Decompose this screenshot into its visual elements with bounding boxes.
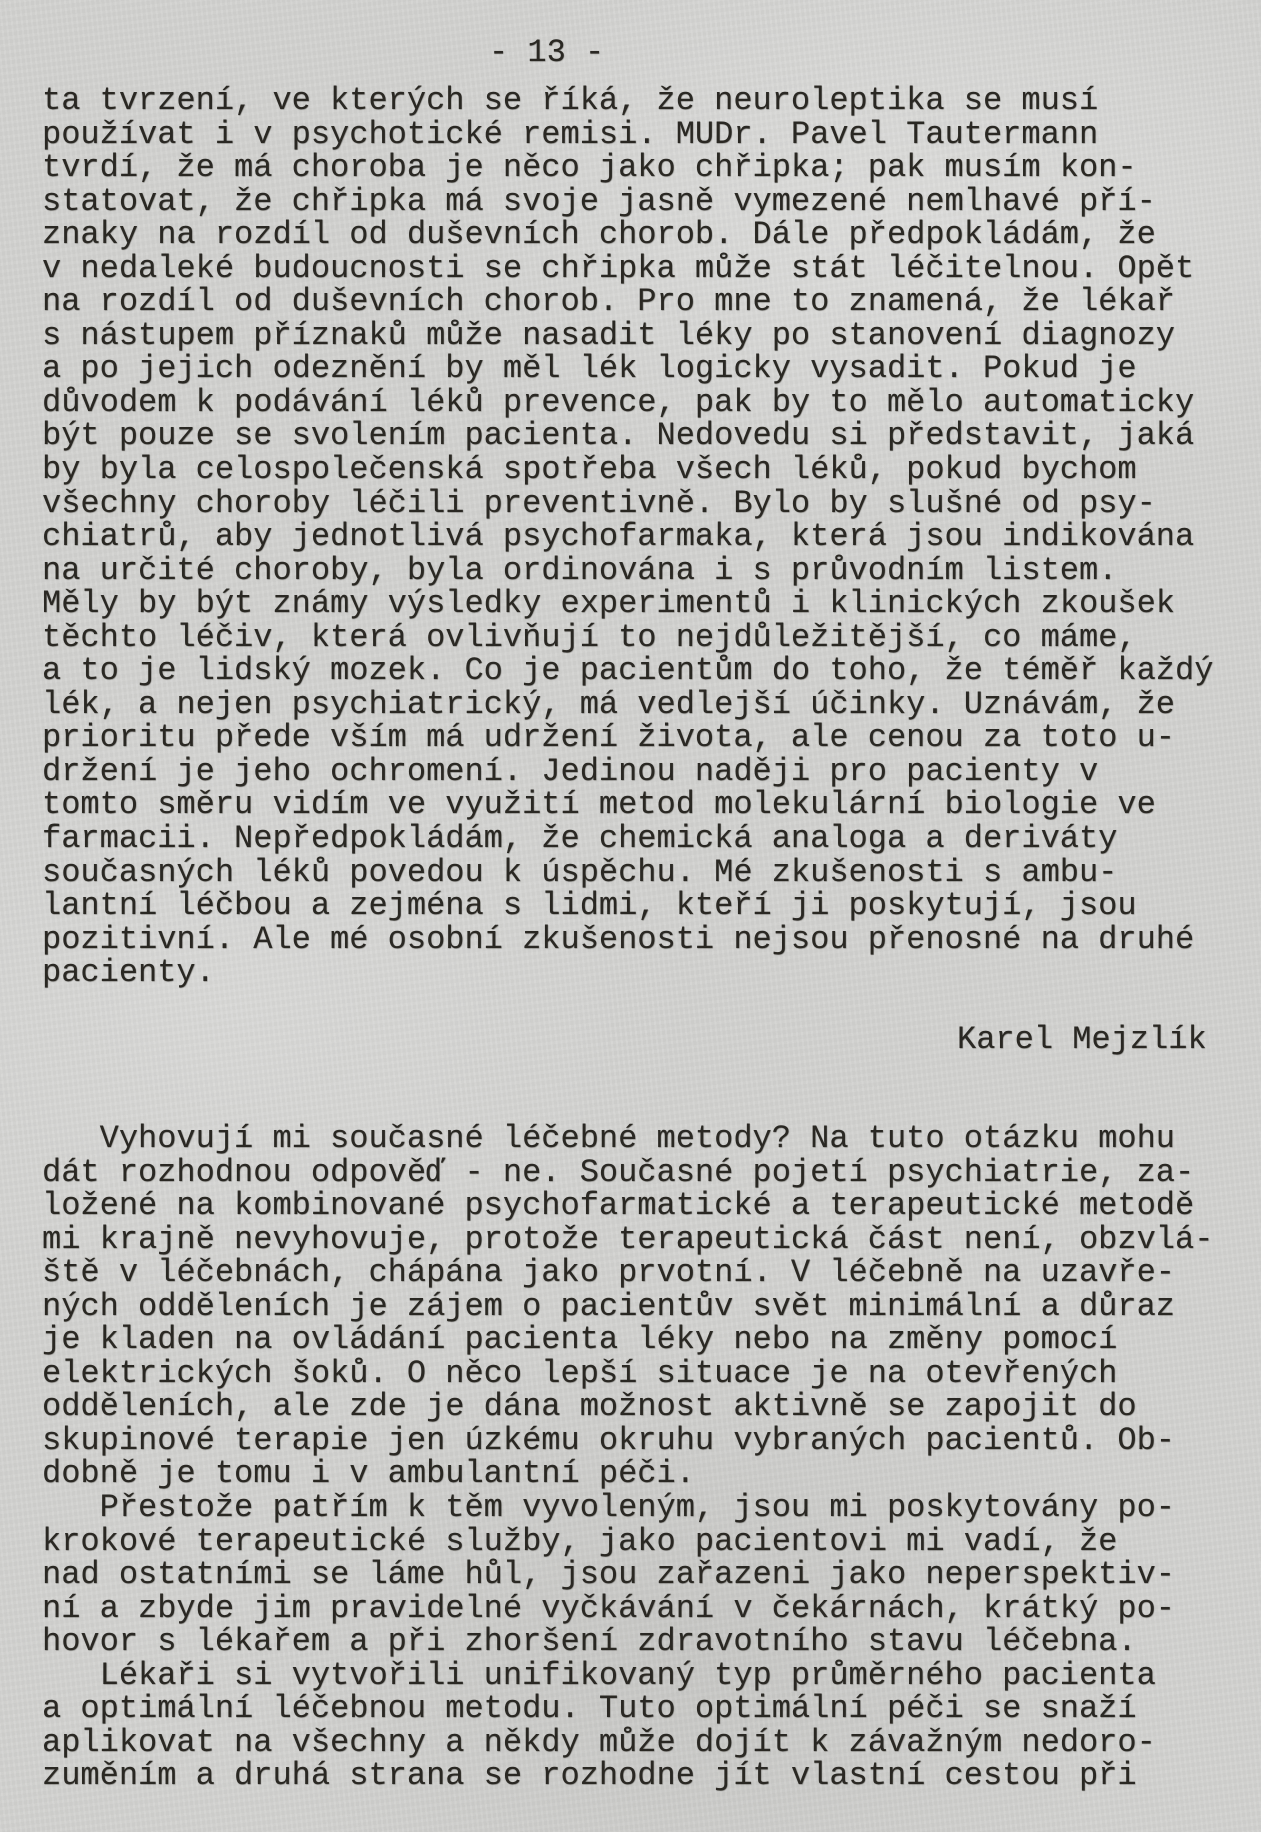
text-line: těchto léčiv, která ovlivňují to nejdůle… xyxy=(42,621,1213,655)
text-line: dobně je tomu i v ambulantní péči. xyxy=(42,1457,1213,1491)
text-line: a optimální léčebnou metodu. Tuto optimá… xyxy=(42,1692,1213,1726)
paragraph-1: ta tvrzení, ve kterých se říká, že neuro… xyxy=(42,84,1213,990)
text-line: na určité choroby, byla ordinována i s p… xyxy=(42,554,1213,588)
text-line: nad ostatními se láme hůl, jsou zařazeni… xyxy=(42,1558,1213,1592)
text-line: současných léků povedou k úspěchu. Mé zk… xyxy=(42,856,1213,890)
text-line: odděleních, ale zde je dána možnost akti… xyxy=(42,1390,1213,1424)
text-line: krokové terapeutické služby, jako pacien… xyxy=(42,1525,1213,1559)
text-line: pozitivní. Ale mé osobní zkušenosti nejs… xyxy=(42,923,1213,957)
text-line: farmacii. Nepředpokládám, že chemická an… xyxy=(42,822,1213,856)
text-line: zuměním a druhá strana se rozhodne jít v… xyxy=(42,1759,1213,1793)
text-line: držení je jeho ochromení. Jedinou naději… xyxy=(42,755,1213,789)
text-line: ných odděleních je zájem o pacientův svě… xyxy=(42,1290,1213,1324)
signature: Karel Mejzlík xyxy=(957,1023,1207,1057)
text-line: tvrdí, že má choroba je něco jako chřipk… xyxy=(42,151,1213,185)
text-line: hovor s lékařem a při zhoršení zdravotní… xyxy=(42,1625,1213,1659)
paragraph-4: Lékaři si vytvořili unifikovaný typ prům… xyxy=(42,1659,1213,1793)
paragraph-3: Přestože patřím k těm vyvoleným, jsou mi… xyxy=(42,1491,1213,1659)
text-line: pacienty. xyxy=(42,956,1213,990)
text-line: tomto směru vidím ve využití metod molek… xyxy=(42,788,1213,822)
text-line: znaky na rozdíl od duševních chorob. Dál… xyxy=(42,218,1213,252)
page-number: - 13 - xyxy=(489,36,604,70)
text-line: by byla celospolečenská spotřeba všech l… xyxy=(42,453,1213,487)
text-line: v nedaleké budoucnosti se chřipka může s… xyxy=(42,252,1213,286)
text-line: lék, a nejen psychiatrický, má vedlejší … xyxy=(42,688,1213,722)
text-line: s nástupem příznaků může nasadit léky po… xyxy=(42,319,1213,353)
text-line: Lékaři si vytvořili unifikovaný typ prům… xyxy=(42,1659,1213,1693)
text-line: dát rozhodnou odpověď - ne. Současné poj… xyxy=(42,1156,1213,1190)
text-line: elektrických šoků. O něco lepší situace … xyxy=(42,1357,1213,1391)
text-line: důvodem k podávání léků prevence, pak by… xyxy=(42,386,1213,420)
text-line: ložené na kombinované psychofarmatické a… xyxy=(42,1189,1213,1223)
text-line: mi krajně nevyhovuje, protože terapeutic… xyxy=(42,1223,1213,1257)
text-line: ště v léčebnách, chápána jako prvotní. V… xyxy=(42,1256,1213,1290)
text-line: na rozdíl od duševních chorob. Pro mne t… xyxy=(42,285,1213,319)
text-line: chiatrů, aby jednotlivá psychofarmaka, k… xyxy=(42,520,1213,554)
scanned-typewritten-page: - 13 - ta tvrzení, ve kterých se říká, ž… xyxy=(0,0,1261,1832)
paragraph-2: Vyhovují mi současné léčebné metody? Na … xyxy=(42,1122,1213,1491)
text-line: je kladen na ovládání pacienta léky nebo… xyxy=(42,1323,1213,1357)
text-line: být pouze se svolením pacienta. Nedovedu… xyxy=(42,419,1213,453)
text-line: všechny choroby léčili preventivně. Bylo… xyxy=(42,487,1213,521)
text-line: aplikovat na všechny a někdy může dojít … xyxy=(42,1726,1213,1760)
text-line: lantní léčbou a zejména s lidmi, kteří j… xyxy=(42,889,1213,923)
text-line: prioritu přede vším má udržení života, a… xyxy=(42,721,1213,755)
text-line: používat i v psychotické remisi. MUDr. P… xyxy=(42,118,1213,152)
text-line: statovat, že chřipka má svoje jasně vyme… xyxy=(42,185,1213,219)
paragraphs-2-4: Vyhovují mi současné léčebné metody? Na … xyxy=(42,1122,1213,1793)
text-line: Vyhovují mi současné léčebné metody? Na … xyxy=(42,1122,1213,1156)
text-line: a po jejich odeznění by měl lék logicky … xyxy=(42,352,1213,386)
text-line: ta tvrzení, ve kterých se říká, že neuro… xyxy=(42,84,1213,118)
text-line: Měly by být známy výsledky experimentů i… xyxy=(42,587,1213,621)
text-line: a to je lidský mozek. Co je pacientům do… xyxy=(42,654,1213,688)
text-line: skupinové terapie jen úzkému okruhu vybr… xyxy=(42,1424,1213,1458)
text-line: Přestože patřím k těm vyvoleným, jsou mi… xyxy=(42,1491,1213,1525)
text-line: ní a zbyde jim pravidelné vyčkávání v če… xyxy=(42,1592,1213,1626)
